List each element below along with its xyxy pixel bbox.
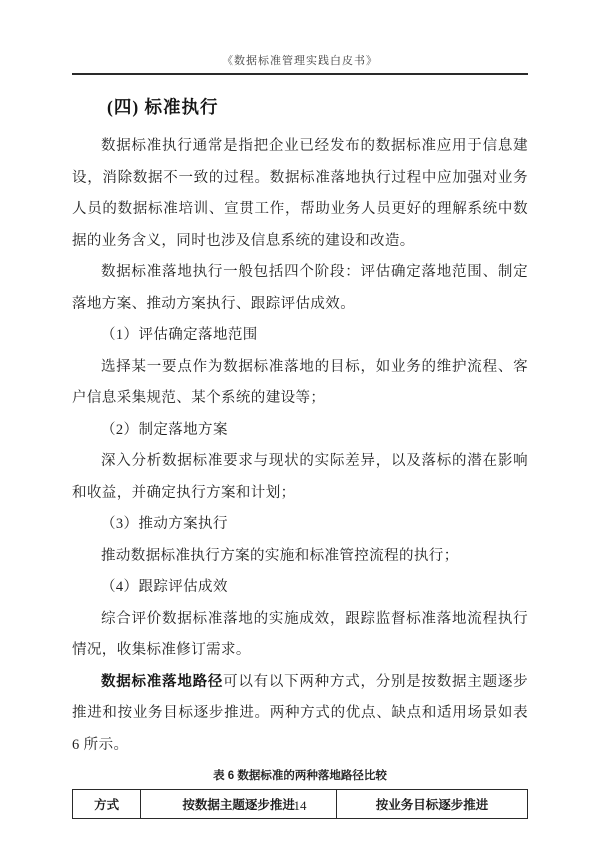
body-paragraph: 推动数据标准执行方案的实施和标准管控流程的执行；	[72, 541, 528, 573]
list-item-heading: （3）推动方案执行	[72, 509, 528, 541]
page-content: (四) 标准执行 数据标准执行通常是指把企业已经发布的数据标准应用于信息建设，消…	[72, 94, 528, 819]
body-paragraph: 深入分析数据标准要求与现状的实际差异，以及落标的潜在影响和收益，并确定执行方案和…	[72, 446, 528, 509]
page-number: 14	[0, 798, 600, 814]
body-paragraph: 选择某一要点作为数据标准落地的目标，如业务的维护流程、客户信息采集规范、某个系统…	[72, 352, 528, 415]
list-item-heading: （1）评估确定落地范围	[72, 320, 528, 352]
list-item-heading: （2）制定落地方案	[72, 415, 528, 447]
paragraph-lead-bold: 数据标准落地路径	[101, 674, 223, 690]
body-paragraph: 综合评价数据标准落地的实施成效，跟踪监督标准落地流程执行情况，收集标准修订需求。	[72, 604, 528, 667]
body-paragraph: 数据标准落地执行一般包括四个阶段：评估确定落地范围、制定落地方案、推动方案执行、…	[72, 257, 528, 320]
table-caption: 表 6 数据标准的两种落地路径比较	[72, 767, 528, 783]
body-paragraph-with-lead: 数据标准落地路径可以有以下两种方式，分别是按数据主题逐步推进和按业务目标逐步推进…	[72, 667, 528, 762]
section-heading: (四) 标准执行	[72, 94, 528, 119]
body-paragraph: 数据标准执行通常是指把企业已经发布的数据标准应用于信息建设，消除数据不一致的过程…	[72, 131, 528, 257]
list-item-heading: （4）跟踪评估成效	[72, 572, 528, 604]
document-page: 《数据标准管理实践白皮书》 (四) 标准执行 数据标准执行通常是指把企业已经发布…	[0, 0, 600, 848]
header-title: 《数据标准管理实践白皮书》	[222, 55, 378, 67]
page-header: 《数据标准管理实践白皮书》	[72, 52, 528, 75]
